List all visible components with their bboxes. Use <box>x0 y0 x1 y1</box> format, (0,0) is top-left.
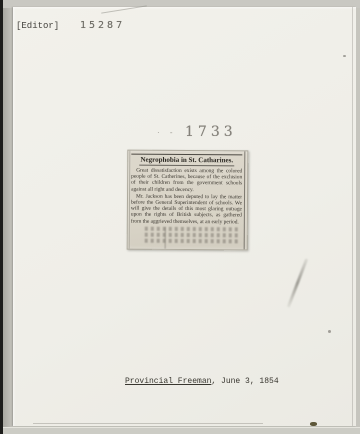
clipping-paragraph: Great dissatisfaction exists among the c… <box>131 168 242 194</box>
bleed-through-line <box>145 239 240 244</box>
clipping-paragraph: Mr. Jackson has been deputed to lay the … <box>131 193 242 225</box>
clipping-headline: Negrophobia in St. Catharines. <box>131 156 242 165</box>
bleed-through-column-rule <box>165 227 166 249</box>
clipping-body-text: Great dissatisfaction exists among the c… <box>131 168 242 226</box>
newspaper-clipping: Negrophobia in St. Catharines. Great dis… <box>127 150 249 251</box>
editor-annotation: [Editor] <box>16 21 59 31</box>
bleed-through-line <box>145 227 240 232</box>
page-right-edge-line <box>352 7 353 426</box>
bleed-through-line <box>145 233 240 238</box>
source-citation: Provincial Freeman, June 3, 1854 <box>125 377 279 386</box>
source-title: Provincial Freeman <box>125 377 211 386</box>
clipping-right-column-rule <box>244 151 246 249</box>
page-number-stamp: 1733 <box>185 124 237 140</box>
pencil-smudge-mark <box>287 258 308 308</box>
album-page: [Editor] 15287 · - 1733 Negrophobia in S… <box>13 7 356 426</box>
page-corner-crease <box>101 5 147 13</box>
dust-speck <box>328 330 331 333</box>
stamp-stray-marks: · - <box>157 128 177 137</box>
clipping-headline-rule <box>139 165 234 167</box>
dust-speck <box>343 55 346 57</box>
source-date: , June 3, 1854 <box>211 377 278 386</box>
page-bottom-edge-line <box>33 423 263 424</box>
bottom-edge-speck <box>310 422 317 426</box>
clipping-bleed-through-text <box>131 226 242 249</box>
scanned-archive-page: [Editor] 15287 · - 1733 Negrophobia in S… <box>0 0 360 434</box>
clipping-column: Negrophobia in St. Catharines. Great dis… <box>131 153 243 250</box>
scan-edge-bottom-band <box>3 427 360 434</box>
accession-number-stamp: 15287 <box>80 20 125 31</box>
